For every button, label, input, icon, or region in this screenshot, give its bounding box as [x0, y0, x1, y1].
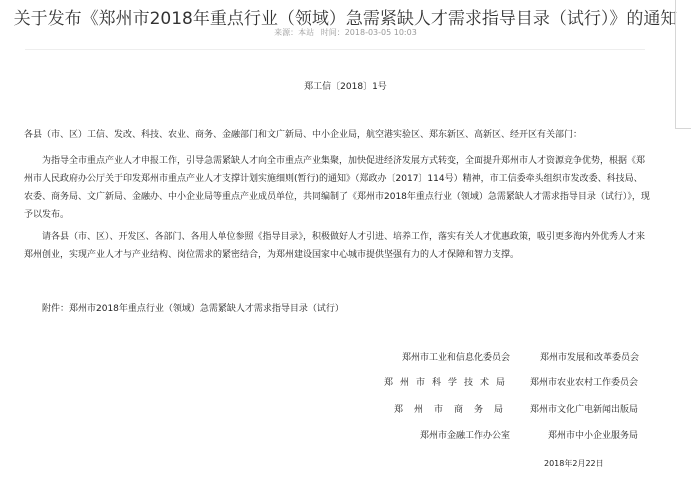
side-panel-border-bottom [675, 128, 691, 129]
signer: 郑州市金融工作办公室 [420, 428, 510, 441]
salutation: 各县（市、区）工信、发改、科技、农业、商务、金融部门和文广新局、中小企业局，航空… [24, 126, 650, 144]
time-label: 时间：2018-03-05 10:03 [321, 28, 417, 37]
signer: 郑州市工业和信息化委员会 [402, 350, 510, 363]
signer: 郑州市科学技术局 [384, 375, 512, 388]
article-meta: 来源：本站 时间：2018-03-05 10:03 [0, 27, 691, 38]
title-divider [25, 49, 645, 50]
signer: 郑州市文化广电新闻出版局 [530, 402, 638, 415]
body-paragraph-1: 为指导全市重点产业人才申报工作，引导急需紧缺人才向全市重点产业集聚，加快促进经济… [24, 152, 650, 224]
document-number: 郑工信〔2018〕1号 [0, 79, 691, 92]
source-label: 来源：本站 [274, 28, 314, 37]
signer: 郑州市发展和改革委员会 [540, 350, 639, 363]
page-title: 关于发布《郑州市2018年重点行业（领域）急需紧缺人才需求指导目录（试行）》的通… [0, 4, 691, 29]
signer: 郑州市农业农村工作委员会 [530, 375, 638, 388]
attachment-link[interactable]: 附件：郑州市2018年重点行业（领域）急需紧缺人才需求指导目录（试行） [42, 300, 668, 318]
signer: 郑州市中小企业服务局 [548, 428, 638, 441]
body-paragraph-2: 请各县（市、区）、开发区、各部门、各用人单位参照《指导目录》，积极做好人才引进、… [24, 228, 650, 264]
sign-date: 2018年2月22日 [544, 458, 604, 469]
side-panel-border [675, 0, 676, 128]
signer: 郑州市商务局 [394, 402, 514, 415]
